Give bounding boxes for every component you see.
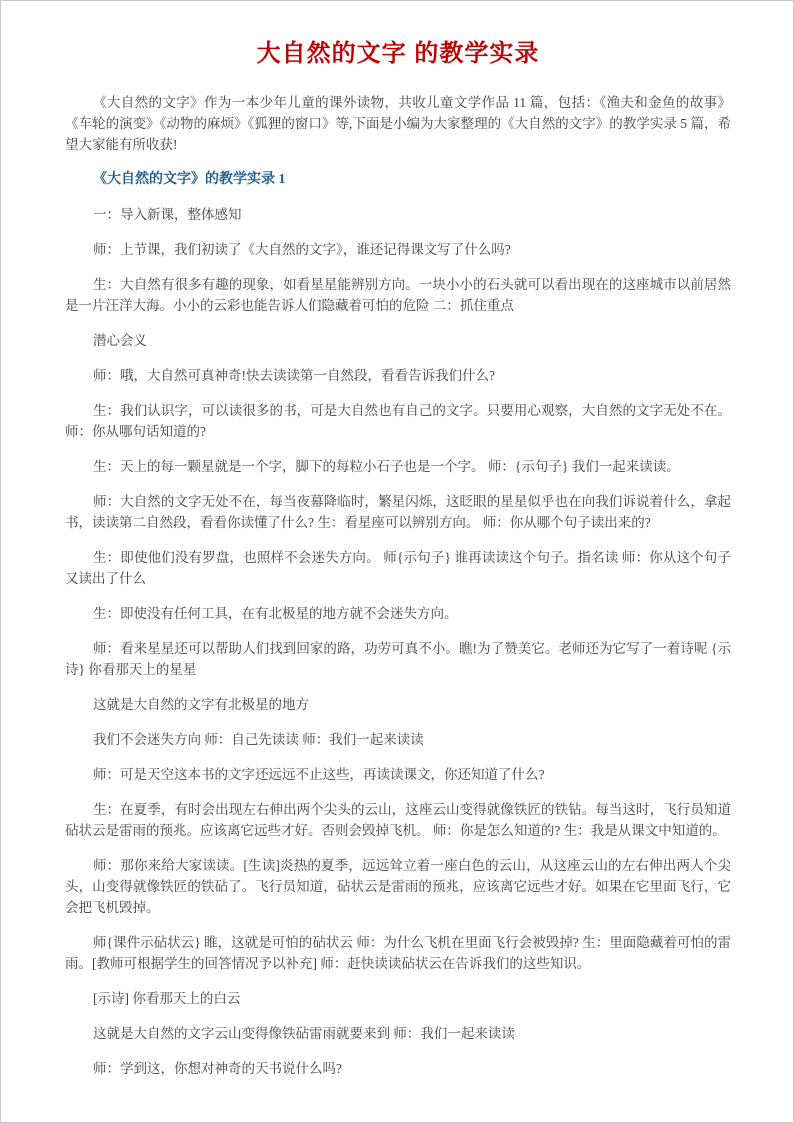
paragraph: 我们不会迷失方向 师：自己先读读 师：我们一起来读读 bbox=[65, 729, 731, 750]
paragraph: 生：即使他们没有罗盘，也照样不会迷失方向。 师{示句子} 谁再读读这个句子。指名… bbox=[65, 547, 731, 589]
paragraph: 一：导入新课，整体感知 bbox=[65, 204, 731, 225]
paragraph: 师：看来星星还可以帮助人们找到回家的路，功劳可真不小。瞧!为了赞美它。老师还为它… bbox=[65, 638, 731, 680]
section-heading: 《大自然的文字》的教学实录 1 bbox=[65, 169, 731, 190]
paragraph-container: 《大自然的文字》作为一本少年儿童的课外读物，共收儿童文学作品 11 篇，包括：《… bbox=[65, 92, 731, 1079]
paragraph: 生：我们认识字，可以读很多的书，可是大自然也有自己的文字。只要用心观察，大自然的… bbox=[65, 400, 731, 442]
paragraph: 生：天上的每一颗星就是一个字，脚下的每粒小石子也是一个字。 师：{示句子} 我们… bbox=[65, 456, 731, 477]
page-title: 大自然的文字 的教学实录 bbox=[65, 33, 731, 68]
paragraph: 师：哦，大自然可真神奇!快去读读第一自然段，看看告诉我们什么? bbox=[65, 365, 731, 386]
paragraph: 师：学到这，你想对神奇的天书说什么吗? bbox=[65, 1058, 731, 1079]
paragraph: 《大自然的文字》作为一本少年儿童的课外读物，共收儿童文学作品 11 篇，包括：《… bbox=[65, 92, 731, 155]
paragraph: 师{课件示砧状云} 睢，这就是可怕的砧状云 师：为什么飞机在里面飞行会被毁掉? … bbox=[65, 932, 731, 974]
paragraph: 师：上节课，我们初读了《大自然的文字》，谁还记得课文写了什么吗? bbox=[65, 239, 731, 260]
paragraph: 这就是大自然的文字云山变得像铁砧雷雨就要来到 师：我们一起来读读 bbox=[65, 1023, 731, 1044]
paragraph: 师：大自然的文字无处不在，每当夜幕降临时，繁星闪烁，这眨眼的星星似乎也在向我们诉… bbox=[65, 491, 731, 533]
paragraph: 师：可是天空这本书的文字还远远不止这些，再读读课文，你还知道了什么? bbox=[65, 764, 731, 785]
paragraph: 师：那你来给大家读读。[生读]炎热的夏季，远远耸立着一座白色的云山，从这座云山的… bbox=[65, 855, 731, 918]
paragraph: [示诗] 你看那天上的白云 bbox=[65, 988, 731, 1009]
document-content: 大自然的文字 的教学实录 《大自然的文字》作为一本少年儿童的课外读物，共收儿童文… bbox=[1, 1, 793, 1079]
paragraph: 生：大自然有很多有趣的现象，如看星星能辨别方向。一块小小的石头就可以看出现在的这… bbox=[65, 274, 731, 316]
paragraph: 这就是大自然的文字有北极星的地方 bbox=[65, 694, 731, 715]
paragraph: 生：即使没有任何工具，在有北极星的地方就不会迷失方向。 bbox=[65, 603, 731, 624]
paragraph: 潜心会义 bbox=[65, 330, 731, 351]
document-page: 大自然的文字 的教学实录 《大自然的文字》作为一本少年儿童的课外读物，共收儿童文… bbox=[0, 0, 794, 1123]
paragraph: 生：在夏季，有时会出现左右伸出两个尖头的云山，这座云山变得就像铁匠的铁钻。每当这… bbox=[65, 799, 731, 841]
